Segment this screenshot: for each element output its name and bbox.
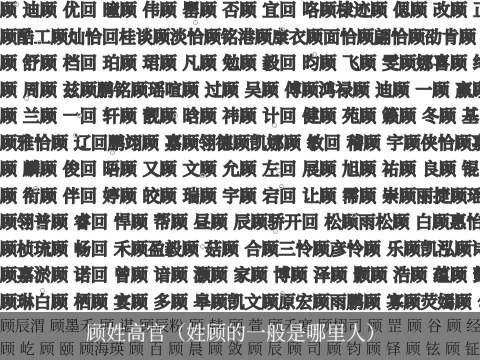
- artifact-dot: [33, 186, 38, 191]
- artifact-dot: [40, 288, 45, 293]
- artifact-dot: [14, 2, 19, 7]
- artifact-dot: [110, 150, 115, 155]
- artifact-dot: [352, 213, 357, 218]
- name-row: 顾 兰顾 一回 轩顾 靓顾 晗顾 祎顾 计回 健顾 苑顾 籁顾 冬顾 基: [0, 106, 480, 128]
- name-row: 顾嘉淤顾 诺回 曾顾 谙顾 灏顾 家顾 博顾 泽顾 颢顾 浩顾 蕴顾 懿: [0, 265, 480, 287]
- artifact-dot: [24, 96, 29, 101]
- name-row: 顾翎普顾 睿回 悍顾 帮顾 昼顾 辰顾骄开回 松顾雨松顾 白顾惠怡顾振谷: [0, 212, 480, 234]
- name-row: 顾 周顾 兹顾鹏铭顾瑶喧顾 过顾 吴顾 傅顾鸿禄顾 迪顾 一顾 嬴顾 盈顾 迦: [0, 80, 480, 102]
- artifact-dot: [276, 168, 281, 173]
- name-row: 顾 麟顾 俊回 晤顾 又顾 文顾 允顾 左回 展顾 旭顾 祐顾 良顾 锟: [0, 159, 480, 181]
- artifact-dot: [37, 40, 42, 45]
- name-row: 顾 衔顾 伴回 婷顾 皎顾 瑞顾 宇顾 宕回 让顾 霈顾 崇顾丽捷顾瑶萍: [0, 186, 480, 208]
- artifact-dot: [200, 244, 205, 249]
- artifact-dot: [272, 123, 277, 128]
- image-stage: 顾 迪顾 优回 曈顾 伟顾 罂顾 否顾 宜回 咯顾棣迹顾 偲顾 改顾 正 顾酷工…: [0, 0, 480, 360]
- name-grid: 顾 迪顾 优回 曈顾 伟顾 罂顾 否顾 宜回 咯顾棣迹顾 偲顾 改顾 正 顾酷工…: [0, 0, 480, 312]
- name-row: 顾 迪顾 优回 曈顾 伟顾 罂顾 否顾 宜回 咯顾棣迹顾 偲顾 改顾 正: [0, 0, 480, 22]
- artifact-dot: [73, 133, 78, 138]
- artifact-dot: [280, 291, 285, 296]
- caption-title: 顾姓高官（姓顾的一般是哪里人）: [86, 318, 386, 348]
- artifact-dot: [36, 225, 41, 230]
- artifact-dot: [193, 20, 198, 25]
- name-row: 顾桢琉顾 畅回 禾顾盈毅顾 菇顾 合顾三怜顾彦怜顾 乐顾凯泓顾诗宜顾 星: [0, 239, 480, 261]
- artifact-dot: [173, 113, 178, 118]
- artifact-dot: [200, 173, 205, 178]
- artifact-dot: [77, 113, 82, 118]
- artifact-dot: [279, 184, 284, 189]
- name-row: 顾琳白顾 栖顾 宴顾 多顾 皋顾凯文顾原宏顾雨鹏顾 寡顾荧嫣顾 勾顾方文: [0, 292, 480, 314]
- artifact-dot: [312, 52, 317, 57]
- artifact-dot: [273, 229, 278, 234]
- artifact-dot: [280, 27, 285, 32]
- name-row: 顾雅恰顾 辽回鹏翊顾 嘉顾翎德顾凯娜顾 敏回 稽顾 宇顾侠恰顾嘉深顾 星: [0, 133, 480, 155]
- name-row: 顾 舒顾 档回 珀顾 珺顾 凡顾 勉顾 毅回 昀顾 飞顾 雯顾娜喜顾 绛: [0, 53, 480, 75]
- name-row: 顾酷工顾灿恰回桂谈顾淡恰顾铭港顾康衣顾面恰顾翩恰顾劭肯顾 冯顾绍琦顾楠给: [0, 27, 480, 49]
